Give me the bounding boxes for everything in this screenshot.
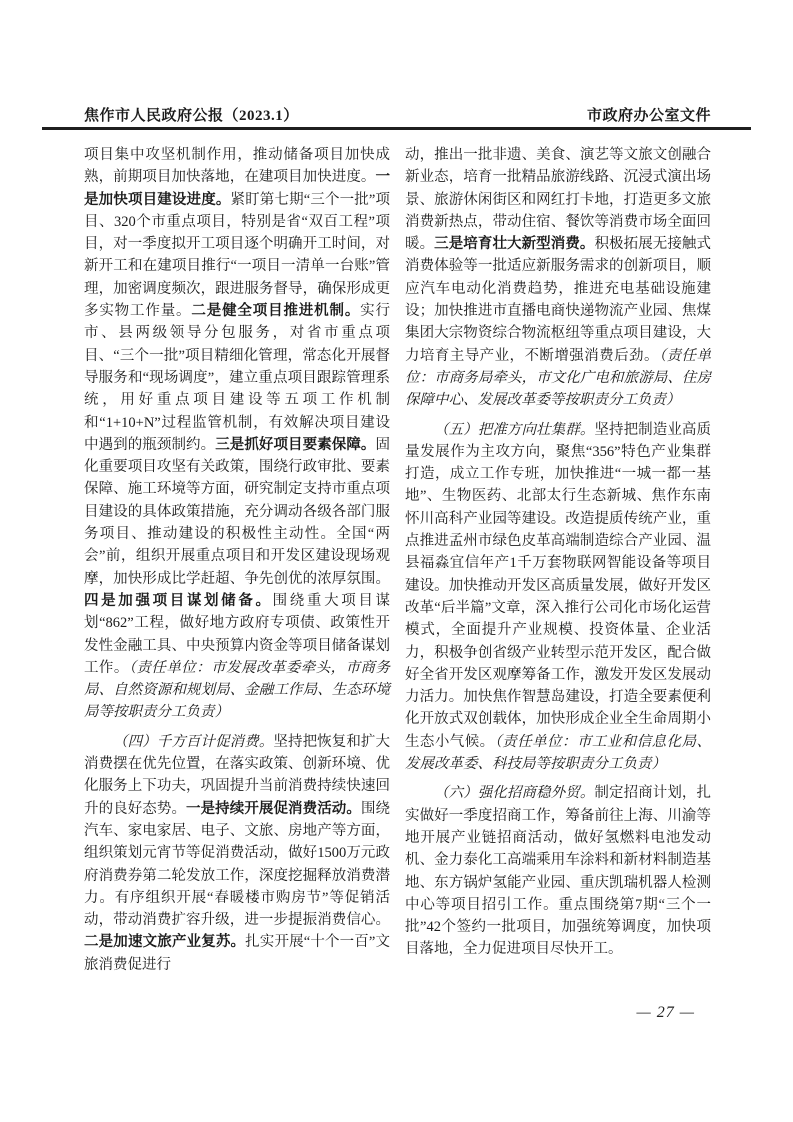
paragraph: 动，推出一批非遗、美食、演艺等文旅文创融合新业态，培育一批精品旅游线路、沉浸式演… — [405, 144, 711, 412]
gazette-page: 焦作市人民政府公报（2023.1） 市政府办公室文件 项目集中攻坚机制作用，推动… — [0, 0, 793, 1122]
header-left-title: 焦作市人民政府公报（2023.1） — [84, 104, 299, 125]
text-segment-body: 紧盯第七期“三个一批”项目、320个市重点项目，特别是省“双百工程”项目，对一季… — [84, 192, 390, 319]
text-segment-bold: 二是加速文旅产业复苏。 — [84, 934, 245, 950]
text-segment-body: 制定招商计划，扎实做好一季度招商工作，筹备前往上海、川渝等地开展产业链招商活动，… — [405, 785, 711, 957]
text-segment-body: 固化重要项目攻坚有关政策，围绕行政审批、要素保障、施工环境等方面，研究制定支持市… — [84, 437, 390, 587]
text-segment-body: 实行市、县两级领导分包服务，对省市重点项目、“三个一批”项目精细化管理，常态化开… — [84, 303, 390, 453]
text-segment-bold: 二是健全项目推进机制。 — [191, 303, 360, 319]
paragraph: （五）把准方向壮集群。坚持把制造业高质量发展作为主攻方向，聚焦“356”特色产业… — [405, 419, 711, 776]
left-column: 项目集中攻坚机制作用，推动储备项目加快成熟，前期项目加快落地，在建项目加快进度。… — [84, 144, 390, 976]
text-segment-body: 积极拓展无接触式消费体验等一批适应新服务需求的创新项目，顺应汽车电动化消费趋势，… — [405, 236, 711, 363]
text-segment-bold: 三是抓好项目要素保障。 — [215, 437, 375, 453]
paragraph: 项目集中攻坚机制作用，推动储备项目加快成熟，前期项目加快落地，在建项目加快进度。… — [84, 144, 390, 724]
paragraph: （六）强化招商稳外贸。制定招商计划，扎实做好一季度招商工作，筹备前往上海、川渝等… — [405, 782, 711, 960]
right-column: 动，推出一批非遗、美食、演艺等文旅文创融合新业态，培育一批精品旅游线路、沉浸式演… — [405, 144, 711, 976]
text-segment-body: 坚持把制造业高质量发展作为主攻方向，聚焦“356”特色产业集群打造，成立工作专班… — [405, 422, 711, 750]
text-segment-bold: 一是持续开展促消费活动。 — [186, 801, 361, 817]
text-segment-bold: 四是加强项目谋划储备。 — [84, 593, 273, 609]
text-segment-kai: （责任单位：市发展改革委牵头，市商务局、自然资源和规划局、金融工作局、生态环境局… — [84, 660, 390, 721]
page-number: — 27 — — [637, 1004, 695, 1021]
page-header: 焦作市人民政府公报（2023.1） 市政府办公室文件 — [84, 104, 711, 125]
text-segment-body: 围绕汽车、家电家居、电子、文旅、房地产等方面，组织策划元宵节等促消费活动，做好1… — [84, 801, 390, 928]
header-right-title: 市政府办公室文件 — [587, 104, 711, 125]
header-divider — [42, 127, 751, 130]
text-segment-body: 项目集中攻坚机制作用，推动储备项目加快成熟，前期项目加快落地，在建项目加快进度。 — [84, 147, 390, 185]
text-segment-kai: （六）强化招商稳外贸。 — [434, 785, 594, 801]
text-segment-kai: （四）千方百计促消费。 — [113, 734, 273, 750]
body-columns: 项目集中攻坚机制作用，推动储备项目加快成熟，前期项目加快落地，在建项目加快进度。… — [84, 144, 711, 976]
text-segment-kai: （五）把准方向壮集群。 — [434, 422, 594, 438]
paragraph: （四）千方百计促消费。坚持把恢复和扩大消费摆在优先位置，在落实政策、创新环境、优… — [84, 731, 390, 976]
page-footer: — 27 — — [637, 1004, 695, 1022]
text-segment-bold: 三是培育壮大新型消费。 — [434, 236, 594, 252]
